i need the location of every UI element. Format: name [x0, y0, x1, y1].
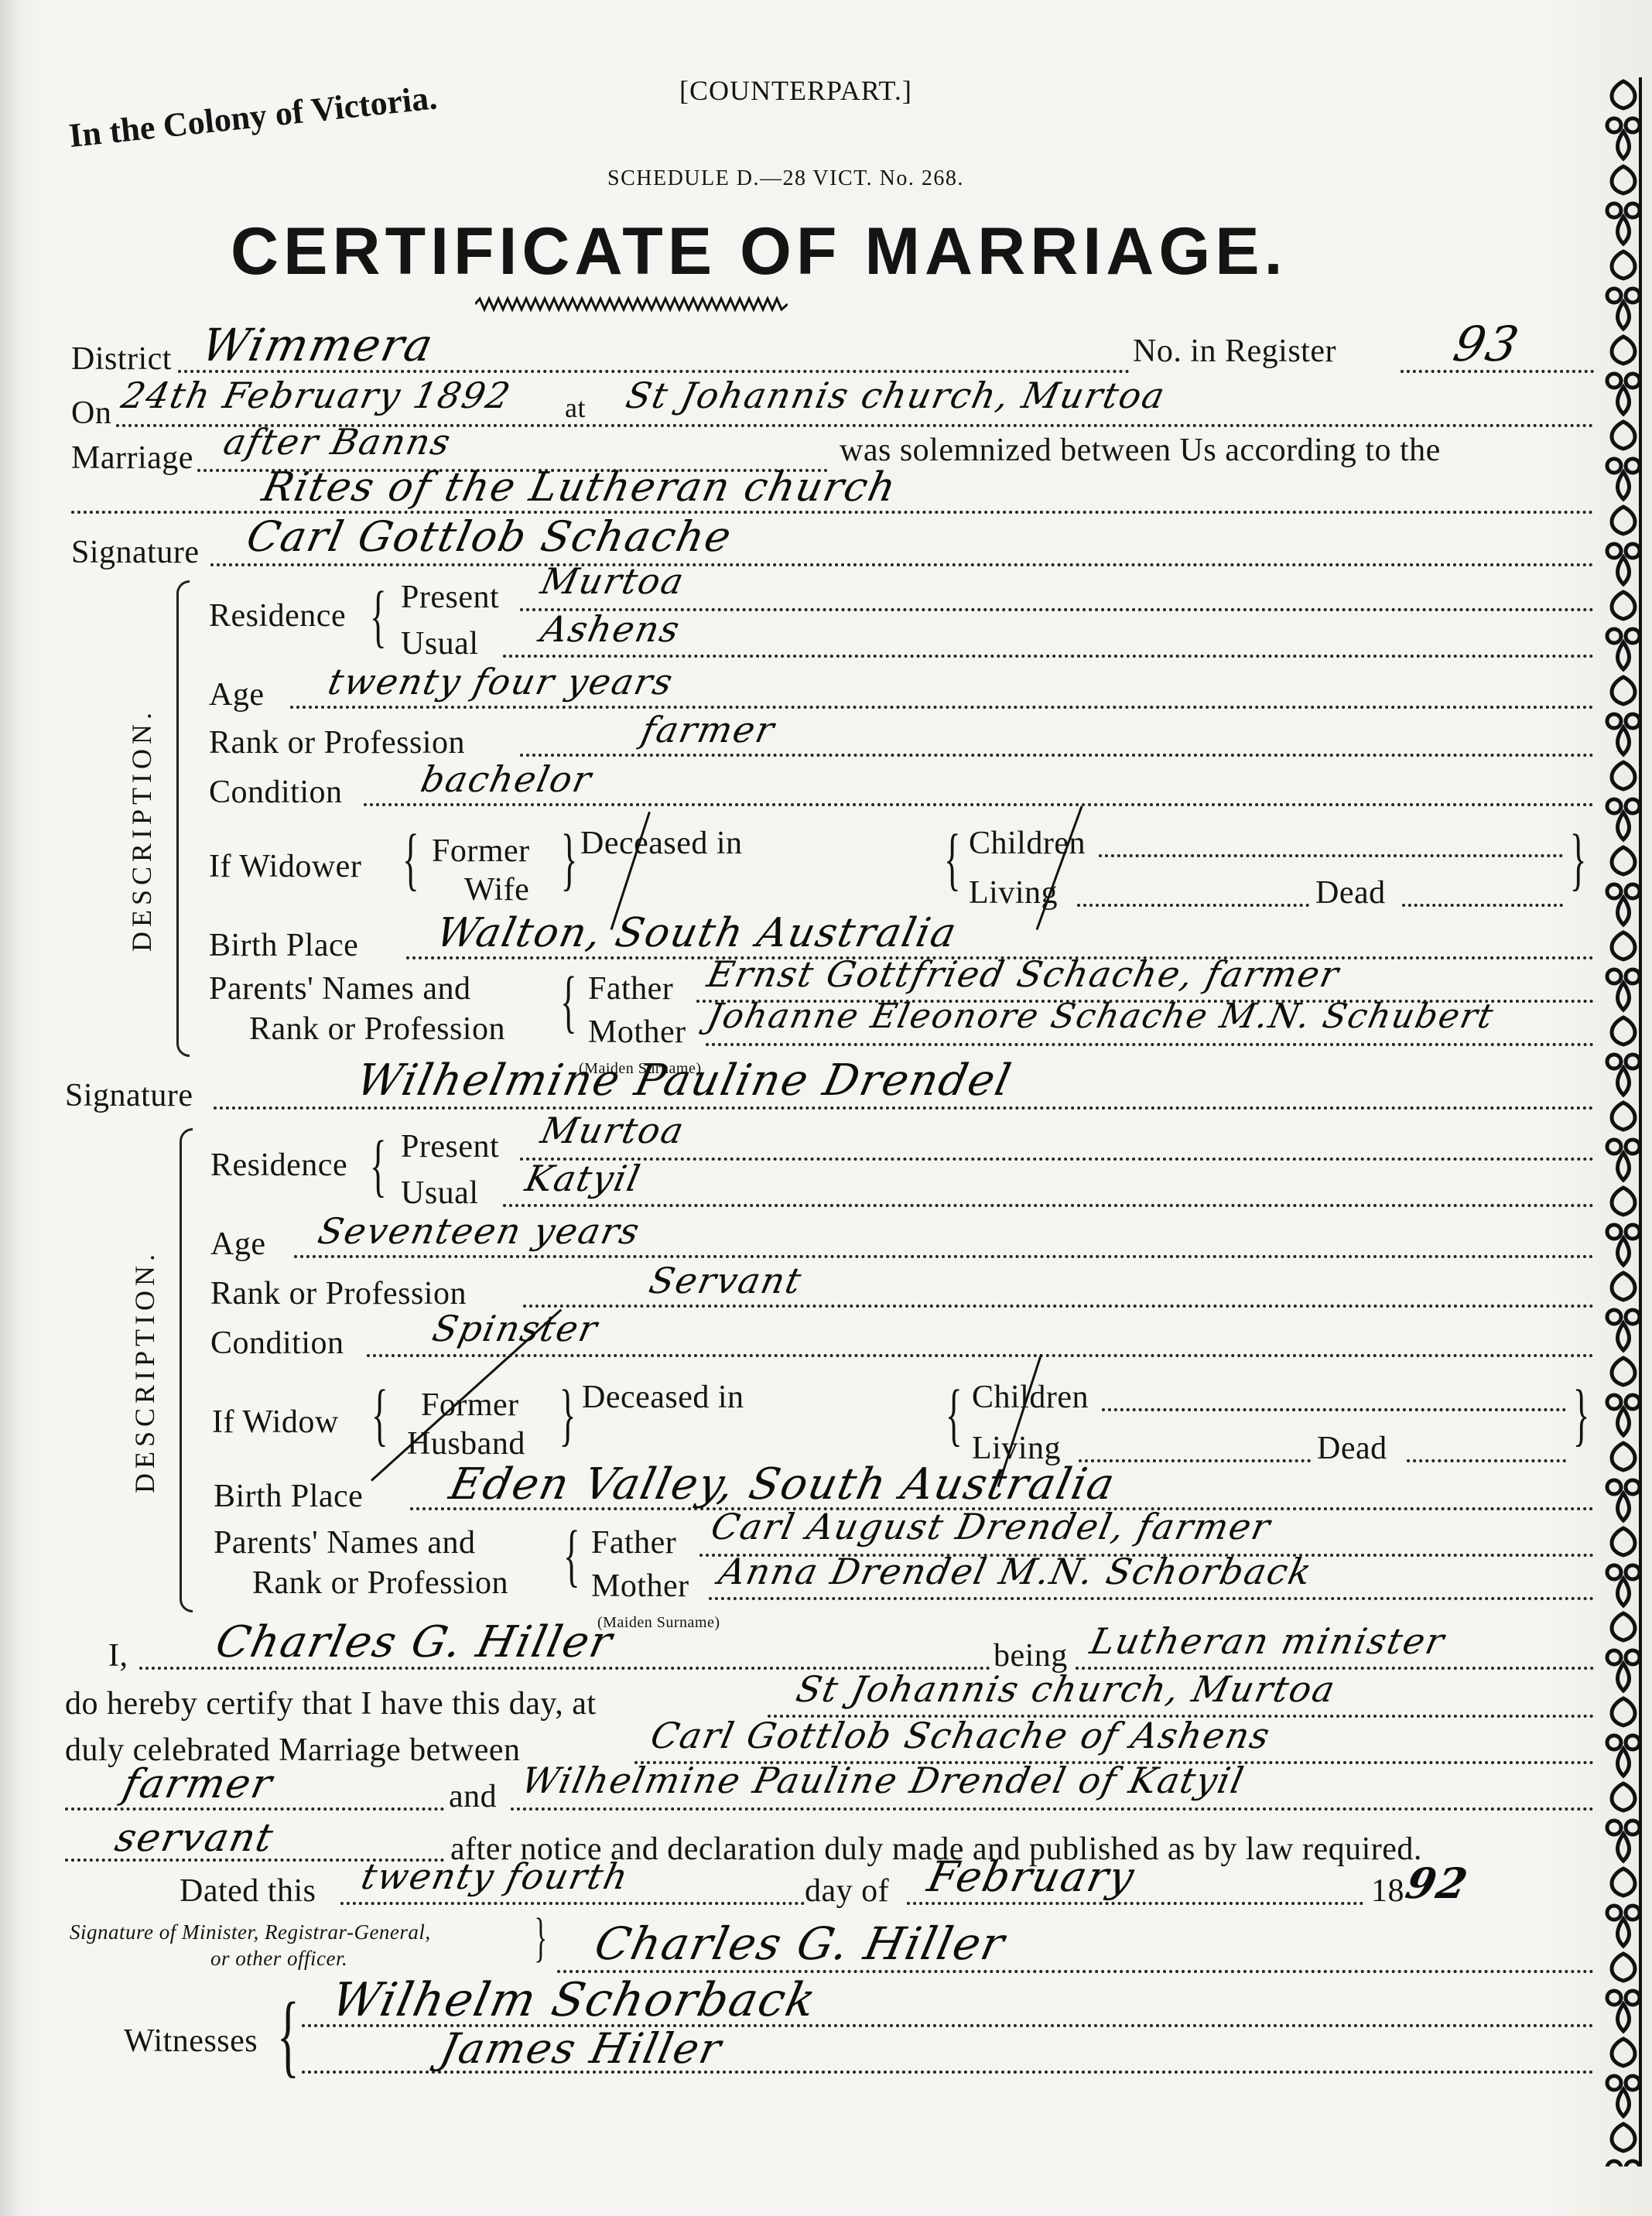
- bride-present-label: Present: [401, 1128, 499, 1165]
- groom-description-label: DESCRIPTION.: [125, 708, 158, 952]
- groom-signature-line: [210, 563, 1594, 566]
- groom-residence-label: Residence: [209, 597, 346, 634]
- bride-condition-line: [367, 1354, 1594, 1357]
- groom-signature-label: Signature: [71, 534, 199, 571]
- groom-children-brace: {: [944, 825, 961, 894]
- bride-children-close-brace: }: [1573, 1380, 1590, 1450]
- bride-age-label: Age: [210, 1226, 265, 1263]
- groom-former-close-brace: }: [561, 825, 578, 894]
- bride-parents-brace: {: [563, 1521, 580, 1591]
- groom-occupation-line: [65, 1807, 444, 1811]
- being-value: Lutheran minister: [1086, 1620, 1449, 1662]
- title-squiggle-divider: [475, 296, 788, 313]
- officer-signature-label-1: Signature of Minister, Registrar-General…: [70, 1920, 431, 1944]
- day-of-label: day of: [805, 1872, 889, 1910]
- groom-rank-value: farmer: [638, 709, 779, 751]
- at-label: at: [565, 392, 586, 424]
- i-label: I,: [108, 1637, 128, 1674]
- ornamental-border-icon: [1600, 77, 1647, 2166]
- groom-father-label: Father: [588, 970, 673, 1007]
- year-prefix: 18: [1371, 1872, 1404, 1910]
- bride-father-value: Carl August Drendel, farmer: [707, 1506, 1275, 1547]
- bride-residence-label: Residence: [210, 1147, 347, 1184]
- groom-mother-label: Mother: [588, 1014, 686, 1051]
- marriage-label: Marriage: [71, 439, 193, 477]
- bride-rank-value: Servant: [645, 1260, 806, 1301]
- witness-2-value: James Hiller: [436, 2024, 727, 2073]
- bride-parents-label-1: Parents' Names and: [214, 1524, 475, 1561]
- bride-dead-label: Dead: [1317, 1430, 1387, 1467]
- groom-usual-label: Usual: [401, 625, 479, 662]
- groom-birthplace-value: Walton, South Australia: [433, 910, 962, 956]
- rites-value: Rites of the Lutheran church: [258, 464, 901, 511]
- groom-present-label: Present: [401, 579, 499, 616]
- bride-former-close-brace: }: [559, 1380, 576, 1450]
- officer-signature-label-2: or other officer.: [210, 1947, 347, 1971]
- bride-birthplace-label: Birth Place: [214, 1478, 363, 1515]
- bride-deceased-label: Deceased in: [582, 1379, 744, 1416]
- groom-parents-brace: {: [560, 967, 577, 1037]
- groom-condition-label: Condition: [209, 774, 343, 811]
- bride-condition-value: Spinster: [429, 1308, 602, 1349]
- month-value: February: [923, 1852, 1140, 1901]
- bride-widow-brace: {: [371, 1380, 388, 1450]
- groom-children-close-brace: }: [1570, 825, 1587, 894]
- bride-residence-brace: {: [370, 1131, 387, 1201]
- witnesses-label: Witnesses: [124, 2023, 258, 2060]
- bride-father-label: Father: [591, 1524, 676, 1561]
- bride-dead-line: [1407, 1459, 1566, 1462]
- date-value: 24th February 1892: [118, 374, 515, 416]
- page-title: CERTIFICATE OF MARRIAGE.: [231, 214, 1287, 290]
- groom-mother-line: [706, 1043, 1594, 1046]
- counterpart-label: [COUNTERPART.]: [679, 74, 912, 107]
- certify-text: do hereby certify that I have this day, …: [65, 1685, 597, 1722]
- bride-rank-line: [523, 1305, 1594, 1308]
- groom-condition-value: bachelor: [417, 758, 596, 800]
- groom-age-line: [290, 706, 1594, 709]
- groom-usual-value: Ashens: [537, 608, 684, 650]
- place-value: St Johannis church, Murtoa: [622, 374, 1169, 416]
- bride-signature-label: Signature: [65, 1077, 193, 1114]
- bride-mother-line: [709, 1597, 1594, 1600]
- groom-condition-line: [364, 803, 1594, 806]
- groom-former-sub-label: Wife: [464, 871, 529, 908]
- groom-dead-line: [1402, 904, 1563, 907]
- schedule-label: SCHEDULE D.—28 VICT. No. 268.: [607, 166, 964, 191]
- bride-present-line: [520, 1158, 1594, 1161]
- bride-names-value: Wilhelmine Pauline Drendel of Katyil: [518, 1759, 1248, 1801]
- groom-birthplace-label: Birth Place: [209, 927, 358, 964]
- district-label: District: [71, 340, 172, 378]
- bride-age-line: [294, 1255, 1594, 1258]
- bride-rank-label: Rank or Profession: [210, 1275, 467, 1312]
- bride-signature-line: [214, 1106, 1594, 1110]
- bride-usual-label: Usual: [401, 1175, 479, 1212]
- groom-names-value: Carl Gottlob Schache of Ashens: [647, 1715, 1274, 1756]
- groom-widow-brace: {: [402, 825, 419, 894]
- groom-parents-label-2: Rank or Profession: [249, 1011, 505, 1048]
- bride-mother-value: Anna Drendel M.N. Schorback: [715, 1551, 1316, 1592]
- groom-occupation-value: farmer: [119, 1761, 278, 1807]
- bride-description-bracket: [180, 1128, 193, 1612]
- marriage-value: after Banns: [220, 421, 455, 463]
- witnesses-brace: {: [277, 1989, 299, 2081]
- day-value: twenty fourth: [357, 1855, 633, 1897]
- register-value: 93: [1448, 316, 1524, 372]
- groom-age-value: twenty four years: [324, 661, 677, 703]
- groom-rank-label: Rank or Profession: [209, 724, 465, 761]
- groom-mother-value: Johanne Eleonore Schache M.N. Schubert: [704, 997, 1498, 1036]
- bride-usual-value: Katyil: [522, 1158, 645, 1199]
- groom-signature-value: Carl Gottlob Schache: [242, 512, 737, 561]
- groom-former-label: Former: [432, 833, 530, 870]
- day-line: [340, 1902, 805, 1905]
- groom-present-value: Murtoa: [537, 560, 689, 602]
- bride-birthplace-value: Eden Valley, South Australia: [445, 1459, 1120, 1510]
- bride-occupation-value: servant: [111, 1815, 279, 1860]
- groom-dead-label: Dead: [1315, 874, 1386, 911]
- dated-label: Dated this: [180, 1872, 316, 1910]
- groom-widow-label: If Widower: [209, 848, 361, 885]
- on-label: On: [71, 395, 111, 432]
- month-line: [907, 1902, 1363, 1905]
- solemnized-text: was solemnized between Us according to t…: [840, 432, 1441, 469]
- bride-usual-line: [503, 1204, 1594, 1207]
- officer-signature-value: Charles G. Hiller: [590, 1917, 1011, 1970]
- groom-rank-line: [520, 754, 1594, 757]
- groom-usual-line: [503, 655, 1594, 658]
- groom-residence-brace: {: [370, 582, 387, 651]
- groom-children-line: [1099, 854, 1563, 857]
- witness-1-value: Wilhelm Schorback: [327, 1973, 822, 2027]
- bride-condition-label: Condition: [210, 1325, 344, 1362]
- register-label: No. in Register: [1133, 333, 1336, 370]
- groom-parents-label-1: Parents' Names and: [209, 970, 470, 1007]
- bride-names-line: [511, 1807, 1594, 1811]
- groom-description-bracket: [176, 580, 190, 1057]
- and-label: and: [449, 1778, 497, 1815]
- bride-signature-value: Wilhelmine Pauline Drendel: [352, 1055, 1017, 1106]
- bride-age-value: Seventeen years: [314, 1210, 644, 1252]
- bride-widow-label: If Widow: [212, 1404, 339, 1441]
- officer-signature-brace: }: [534, 1911, 547, 1965]
- minister-value: Charles G. Hiller: [211, 1617, 617, 1667]
- bride-mother-label: Mother: [591, 1568, 689, 1605]
- bride-description-label: DESCRIPTION.: [128, 1250, 161, 1493]
- groom-age-label: Age: [209, 676, 264, 713]
- district-value: Wimmera: [197, 319, 439, 371]
- bride-children-brace: {: [946, 1380, 963, 1450]
- bride-parents-label-2: Rank or Profession: [252, 1565, 508, 1602]
- year-value: 92: [1401, 1859, 1473, 1908]
- certify-place-value: St Johannis church, Murtoa: [792, 1668, 1339, 1710]
- groom-living-line: [1077, 904, 1309, 907]
- groom-deceased-label: Deceased in: [580, 825, 743, 862]
- groom-father-value: Ernst Gottfried Schache, farmer: [703, 953, 1343, 995]
- bride-present-value: Murtoa: [537, 1110, 689, 1151]
- bride-children-line: [1102, 1408, 1566, 1411]
